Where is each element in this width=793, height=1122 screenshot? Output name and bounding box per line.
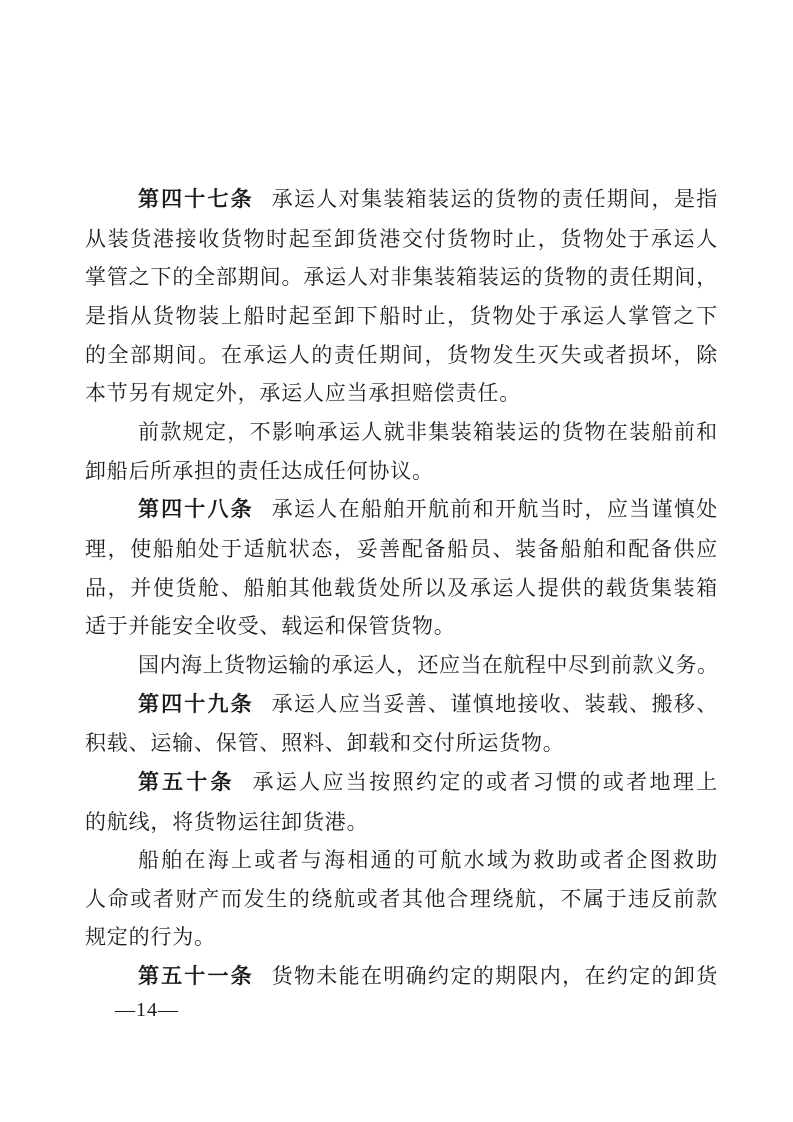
text-line: 第四十七条承运人对集装箱装运的货物的责任期间，是指 bbox=[85, 180, 718, 220]
text-line: 从装货港接收货物时起至卸货港交付货物时止，货物处于承运人 bbox=[85, 220, 718, 259]
text-line: 的全部期间。在承运人的责任期间，货物发生灭失或者损坏，除 bbox=[85, 336, 718, 375]
article-number-label: 第四十八条 bbox=[138, 498, 254, 521]
text-line: 第五十条承运人应当按照约定的或者习惯的或者地理上 bbox=[85, 763, 718, 803]
text-line: 是指从货物装上船时起至卸下船时止，货物处于承运人掌管之下 bbox=[85, 297, 718, 336]
article-48-paragraph: 第四十八条承运人在船舶开航前和开航当时，应当谨慎处 理，使船舶处于适航状态，妥善… bbox=[85, 490, 718, 646]
document-page: 第四十七条承运人对集装箱装运的货物的责任期间，是指 从装货港接收货物时起至卸货港… bbox=[0, 0, 793, 1122]
plain-paragraph: 前款规定，不影响承运人就非集装箱装运的货物在装船前和 卸船后所承担的责任达成任何… bbox=[85, 413, 718, 490]
article-number-label: 第五十一条 bbox=[138, 965, 254, 988]
text-line: 掌管之下的全部期间。承运人对非集装箱装运的货物的责任期间， bbox=[85, 258, 718, 297]
article-number-label: 第四十七条 bbox=[138, 188, 254, 211]
text-run: 承运人对集装箱装运的货物的责任期间，是指 bbox=[272, 187, 718, 211]
plain-paragraph: 国内海上货物运输的承运人，还应当在航程中尽到前款义务。 bbox=[85, 646, 718, 685]
text-line: 船舶在海上或者与海相通的可航水域为救助或者企图救助 bbox=[85, 841, 718, 880]
article-number-label: 第五十条 bbox=[138, 771, 235, 794]
text-line: 卸船后所承担的责任达成任何协议。 bbox=[85, 452, 718, 491]
text-run: 货物未能在明确约定的期限内，在约定的卸货 bbox=[272, 964, 718, 988]
text-line: 的航线，将货物运往卸货港。 bbox=[85, 803, 718, 842]
text-line: 品，并使货舱、船舶其他载货处所以及承运人提供的载货集装箱 bbox=[85, 569, 718, 608]
article-47-paragraph: 第四十七条承运人对集装箱装运的货物的责任期间，是指 从装货港接收货物时起至卸货港… bbox=[85, 180, 718, 413]
article-51-paragraph: 第五十一条货物未能在明确约定的期限内，在约定的卸货 bbox=[85, 957, 718, 997]
legal-text-block: 第四十七条承运人对集装箱装运的货物的责任期间，是指 从装货港接收货物时起至卸货港… bbox=[85, 180, 718, 997]
article-number-label: 第四十九条 bbox=[138, 693, 254, 716]
text-line: 第五十一条货物未能在明确约定的期限内，在约定的卸货 bbox=[85, 957, 718, 997]
text-run: 承运人在船舶开航前和开航当时，应当谨慎处 bbox=[272, 497, 718, 521]
page-number: —14— bbox=[115, 997, 179, 1023]
text-run: 承运人应当妥善、谨慎地接收、装载、搬移、 bbox=[272, 692, 718, 716]
text-line: 理，使船舶处于适航状态，妥善配备船员、装备船舶和配备供应 bbox=[85, 530, 718, 569]
text-line: 第四十九条承运人应当妥善、谨慎地接收、装载、搬移、 bbox=[85, 685, 718, 725]
plain-paragraph: 船舶在海上或者与海相通的可航水域为救助或者企图救助 人命或者财产而发生的绕航或者… bbox=[85, 841, 718, 957]
text-line: 第四十八条承运人在船舶开航前和开航当时，应当谨慎处 bbox=[85, 490, 718, 530]
text-line: 本节另有规定外，承运人应当承担赔偿责任。 bbox=[85, 374, 718, 413]
article-49-paragraph: 第四十九条承运人应当妥善、谨慎地接收、装载、搬移、 积载、运输、保管、照料、卸载… bbox=[85, 685, 718, 763]
text-line: 积载、运输、保管、照料、卸载和交付所运货物。 bbox=[85, 724, 718, 763]
text-line: 国内海上货物运输的承运人，还应当在航程中尽到前款义务。 bbox=[85, 646, 718, 685]
text-line: 人命或者财产而发生的绕航或者其他合理绕航，不属于违反前款 bbox=[85, 880, 718, 919]
text-line: 前款规定，不影响承运人就非集装箱装运的货物在装船前和 bbox=[85, 413, 718, 452]
text-run: 承运人应当按照约定的或者习惯的或者地理上 bbox=[252, 770, 718, 794]
text-line: 适于并能安全收受、载运和保管货物。 bbox=[85, 607, 718, 646]
article-50-paragraph: 第五十条承运人应当按照约定的或者习惯的或者地理上 的航线，将货物运往卸货港。 bbox=[85, 763, 718, 841]
text-line: 规定的行为。 bbox=[85, 918, 718, 957]
